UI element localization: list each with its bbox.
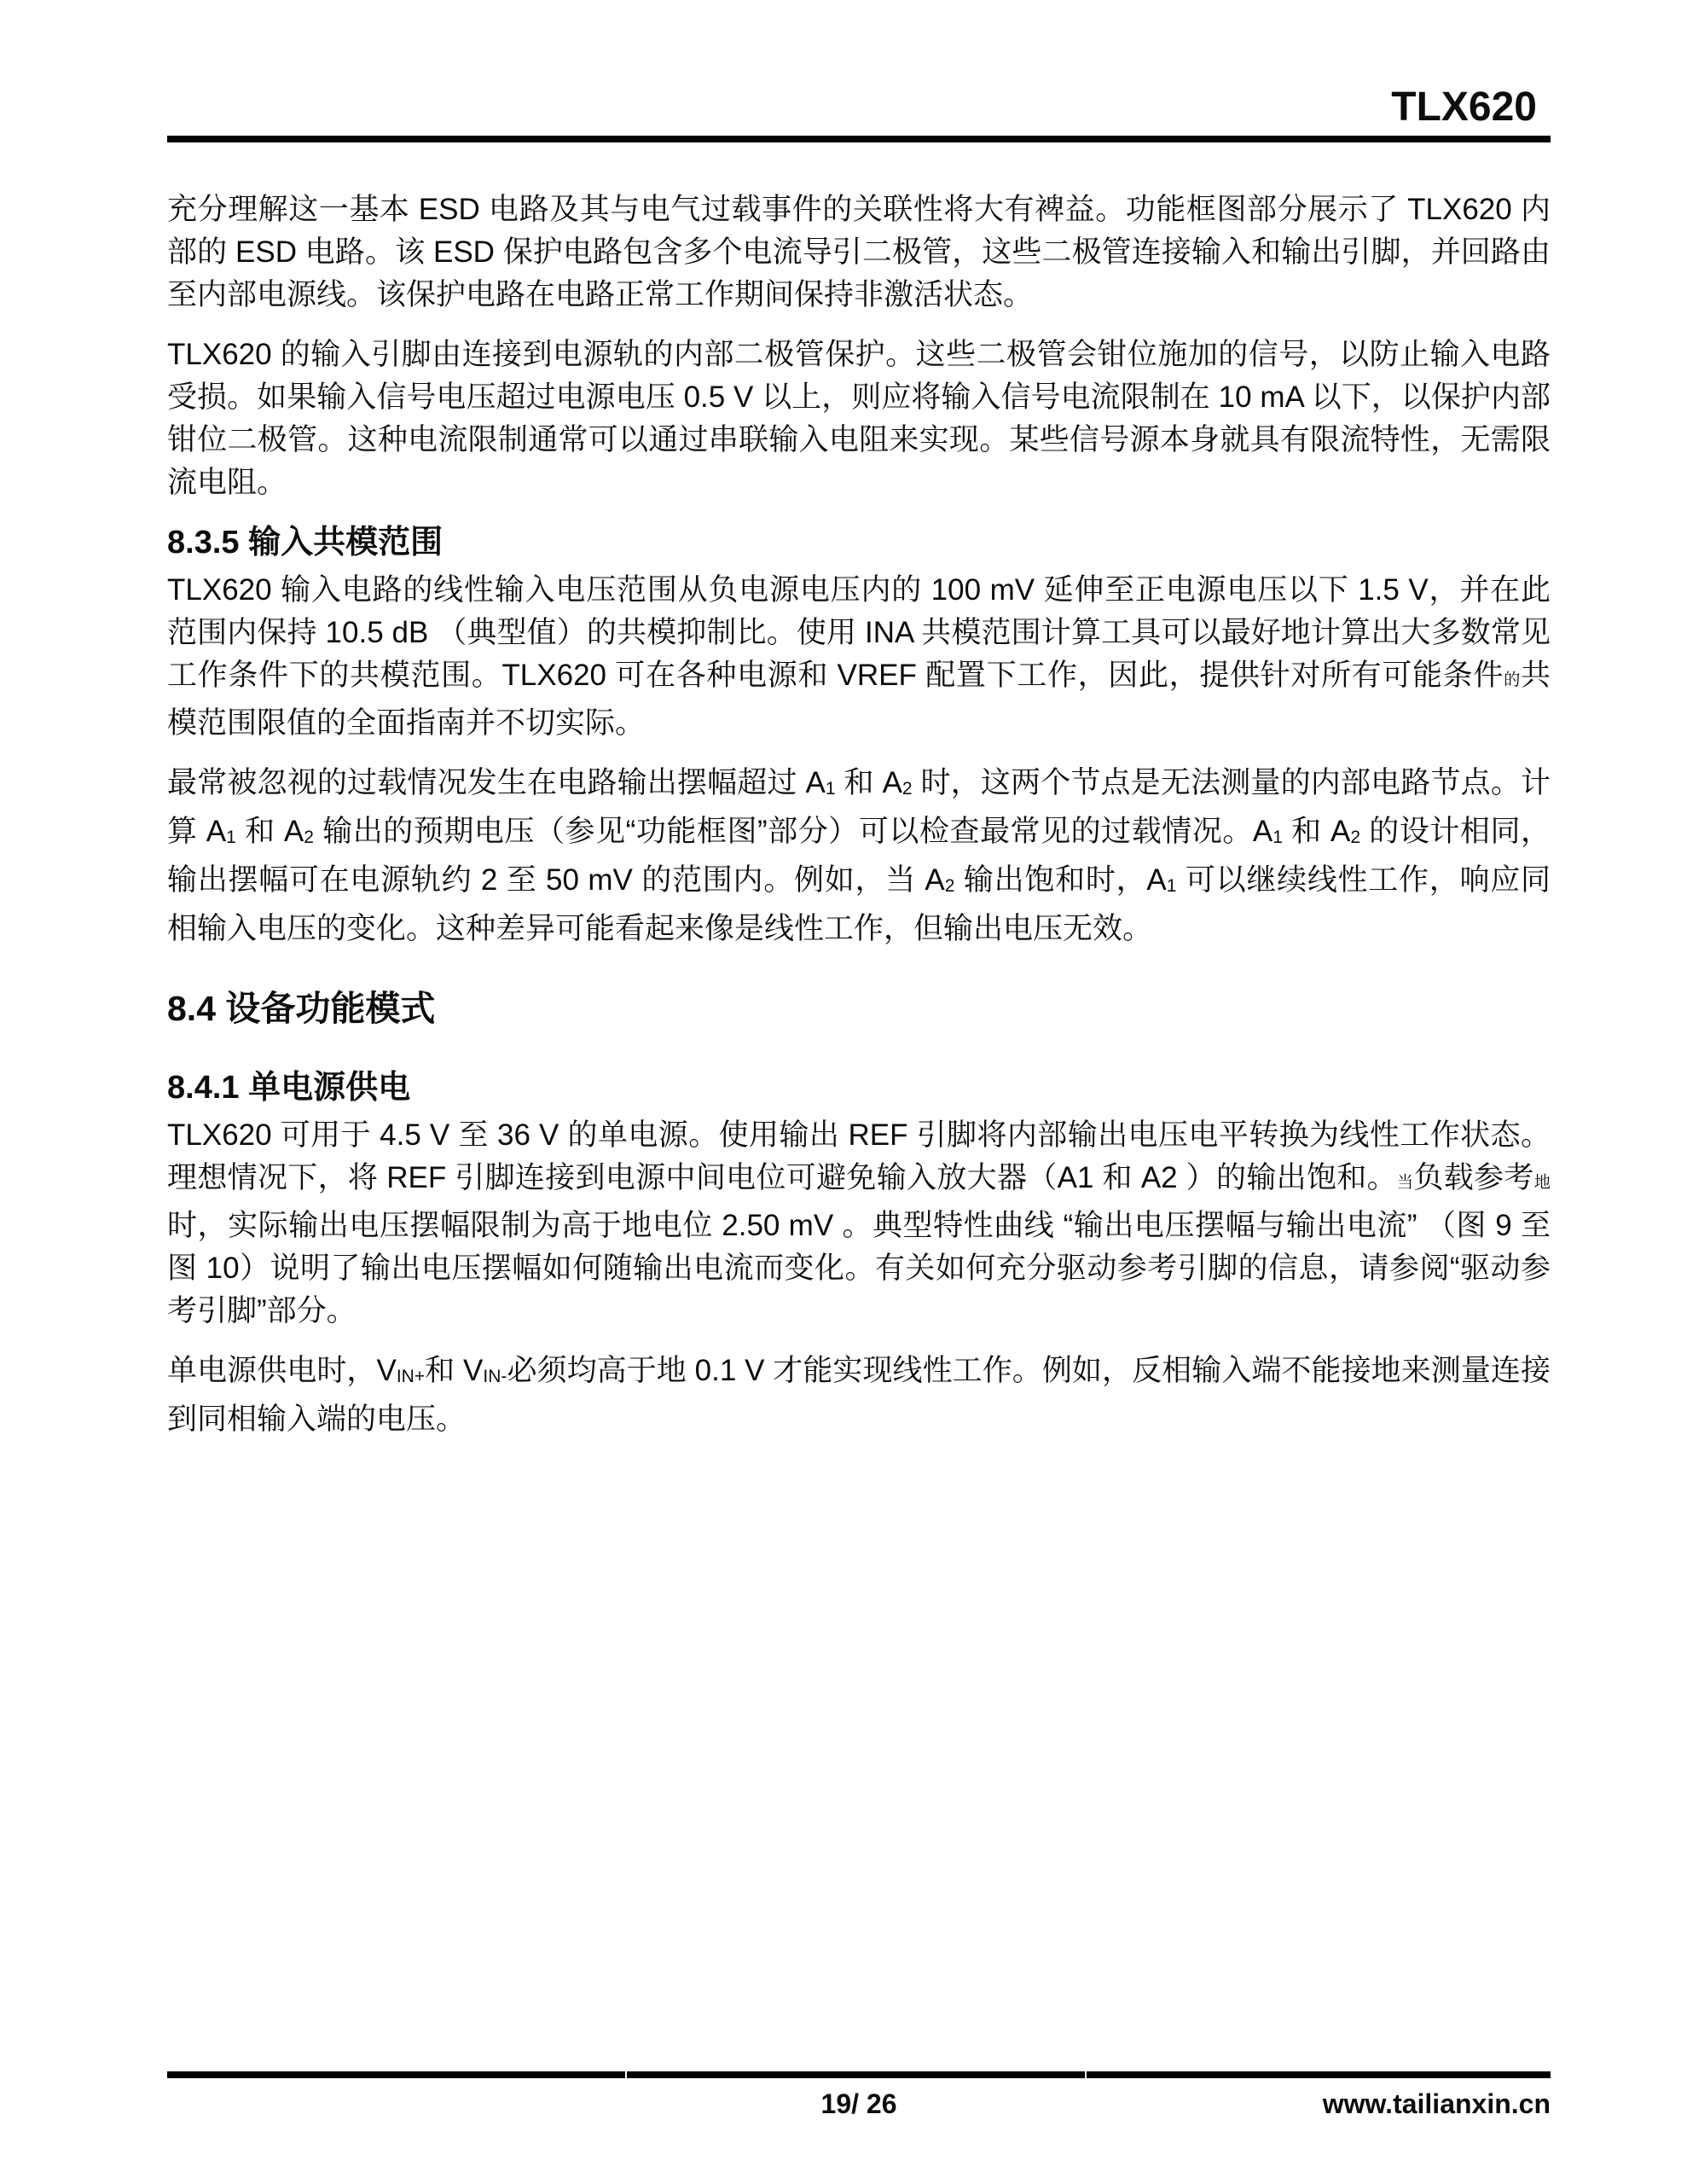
text-segment: 负载参考: [1413, 1161, 1533, 1194]
small-text: 的: [1504, 671, 1521, 689]
subscript-text: 1: [226, 828, 236, 847]
text-segment: 和 A: [836, 766, 902, 799]
text-segment: 输出饱和时，A: [954, 863, 1166, 897]
subscript-text: 2: [1350, 828, 1360, 847]
subscript-text: 1: [1167, 876, 1177, 896]
paragraph-overload-conditions: 最常被忽视的过载情况发生在电路输出摆幅超过 A1 和 A2 时，这两个节点是无法…: [167, 762, 1551, 950]
text-segment: 最常被忽视的过载情况发生在电路输出摆幅超过 A: [167, 766, 826, 799]
subscript-text: 2: [902, 779, 913, 799]
website-link[interactable]: www.tailianxin.cn: [1323, 2086, 1551, 2122]
text-segment: TLX620 可用于 4.5 V 至 36 V 的单电源。使用输出 REF 引脚…: [167, 1118, 1551, 1194]
paragraph-input-protection: TLX620 的输入引脚由连接到电源轨的内部二极管保护。这些二极管会钳位施加的信…: [167, 334, 1551, 504]
section-heading-8-4-1: 8.4.1 单电源供电: [167, 1068, 1551, 1107]
paragraph-vin-requirement: 单电源供电时，VIN+和 VIN-必须均高于地 0.1 V 才能实现线性工作。例…: [167, 1350, 1551, 1441]
subscript-text: 2: [945, 876, 955, 896]
footer-rule-segment: [627, 2071, 1085, 2078]
section-heading-8-3-5: 8.3.5 输入共模范围: [167, 523, 1551, 562]
paragraph-common-mode-range: TLX620 输入电路的线性输入电压范围从负电源电压内的 100 mV 延伸至正…: [167, 569, 1551, 745]
footer-rule: [167, 2071, 1551, 2078]
footer-rule-segment: [1087, 2071, 1551, 2078]
small-text: 当: [1397, 1174, 1414, 1192]
footer-rule-segment: [167, 2071, 625, 2078]
subscript-text: 1: [1272, 828, 1283, 847]
footer-row: 19/ 26 www.tailianxin.cn: [167, 2086, 1551, 2122]
page-content: TLX620 充分理解这一基本 ESD 电路及其与电气过载事件的关联性将大有裨益…: [167, 0, 1551, 1441]
text-segment: 单电源供电时，V: [167, 1354, 397, 1387]
page-footer: 19/ 26 www.tailianxin.cn: [167, 2071, 1551, 2122]
small-text: 地: [1534, 1174, 1551, 1192]
paragraph-single-supply: TLX620 可用于 4.5 V 至 36 V 的单电源。使用输出 REF 引脚…: [167, 1114, 1551, 1333]
subscript-text: 1: [826, 779, 836, 799]
text-segment: 和 A: [1283, 815, 1350, 848]
text-segment: 和 V: [425, 1354, 483, 1387]
doc-title: TLX620: [167, 0, 1551, 128]
text-segment: 时，实际输出电压摆幅限制为高于地电位 2.50 mV 。典型特性曲线 “输出电压…: [167, 1209, 1551, 1327]
text-segment: 输出的预期电压（参见“功能框图”部分）可以检查最常见的过载情况。A: [314, 815, 1272, 848]
header-rule: [167, 136, 1551, 142]
subscript-text: IN+: [397, 1367, 425, 1386]
subscript-text: 2: [304, 828, 314, 847]
document-page: TLX620 充分理解这一基本 ESD 电路及其与电气过载事件的关联性将大有裨益…: [0, 0, 1687, 2184]
text-segment: TLX620 输入电路的线性输入电压范围从负电源电压内的 100 mV 延伸至正…: [167, 573, 1551, 692]
text-segment: 和 A: [236, 815, 304, 848]
section-heading-8-4: 8.4 设备功能模式: [167, 988, 1551, 1029]
subscript-text: IN-: [483, 1367, 507, 1386]
paragraph-esd-overview: 充分理解这一基本 ESD 电路及其与电气过载事件的关联性将大有裨益。功能框图部分…: [167, 189, 1551, 317]
